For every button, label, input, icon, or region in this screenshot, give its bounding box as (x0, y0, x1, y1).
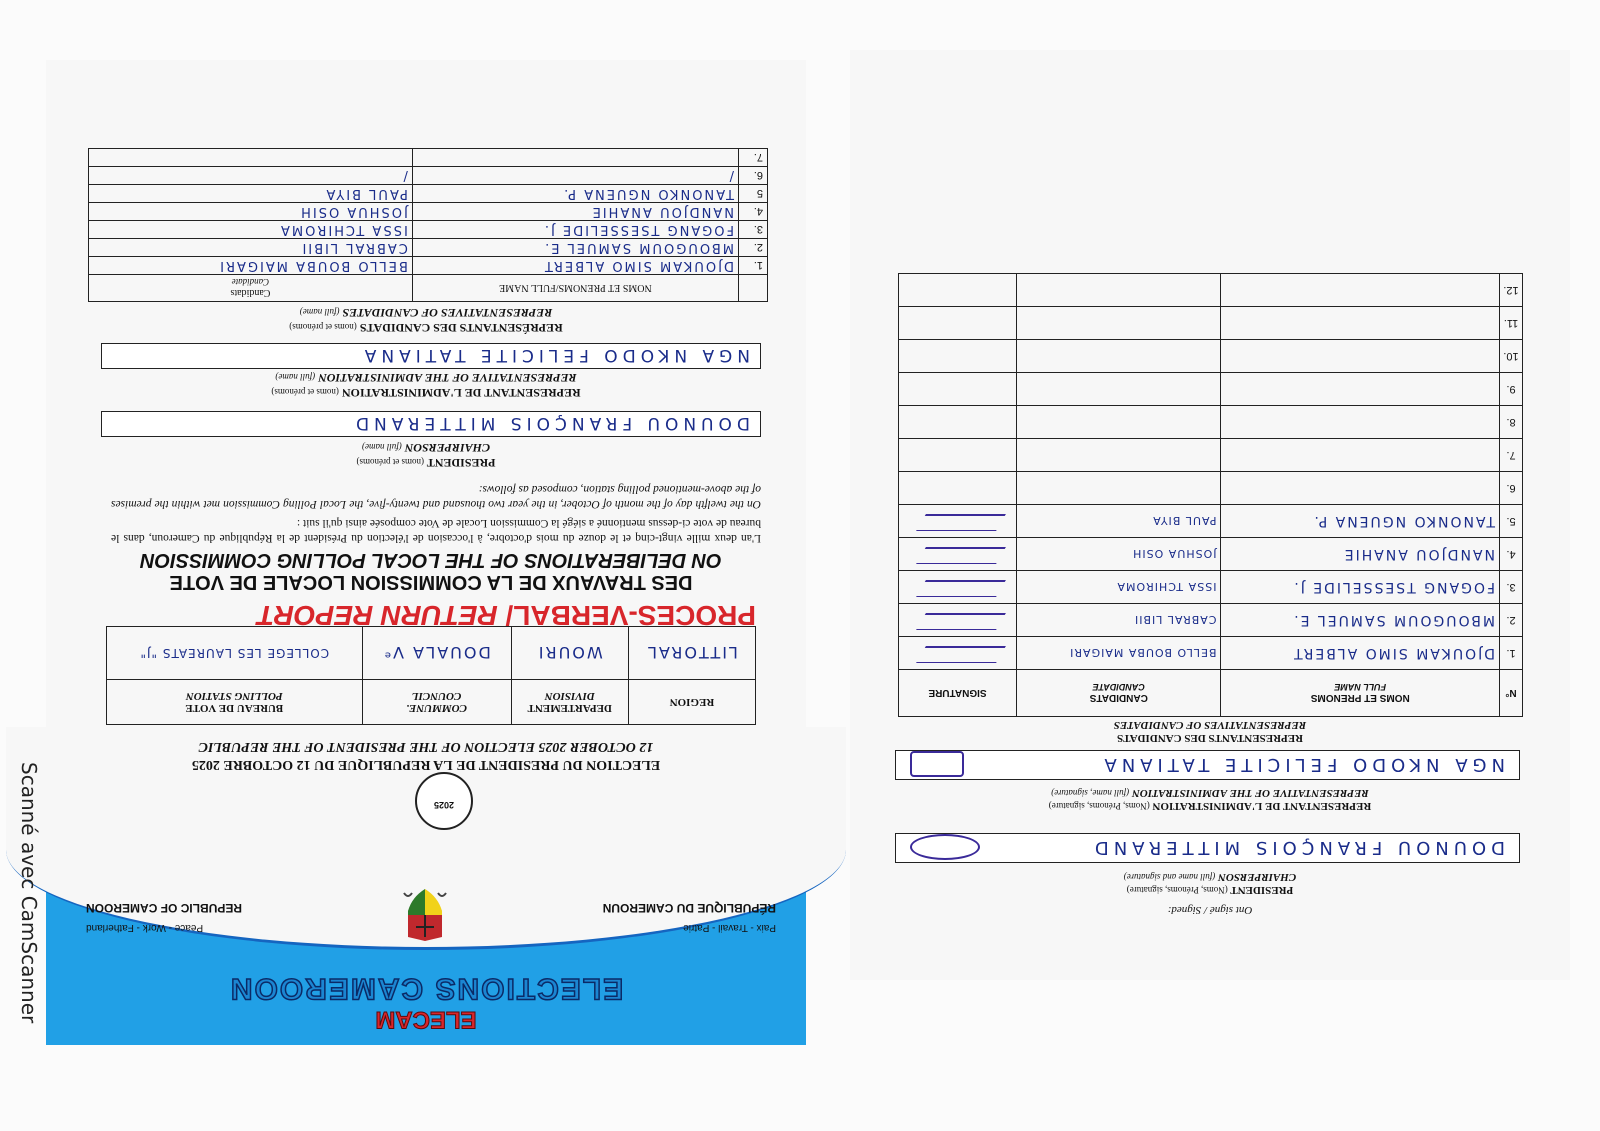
report-title: PROCES-VERBAL/ RETURN REPORT (106, 599, 756, 631)
table-row: 9. (899, 373, 1523, 406)
candidate-name: ISSA TCHIROMA (1017, 571, 1221, 604)
rep-name: DJOUKAM SIMO ALBERT (412, 257, 738, 275)
signature-cell (899, 538, 1017, 571)
rep-name (1221, 373, 1500, 406)
table-row: 12. (899, 274, 1523, 307)
candidate-name (1017, 439, 1221, 472)
table-row: 2.MBOUGOUM SAMUEL E.CABRAL LIBII (89, 239, 768, 257)
signature-mark-icon (910, 751, 964, 777)
polling-station-value: COLLEGE LES LAUREATS "J" (107, 627, 363, 680)
elecam-seal-icon: 2025 (415, 772, 473, 830)
candidate-name (1017, 340, 1221, 373)
row-number: 8. (1500, 406, 1523, 439)
signature-cell (899, 307, 1017, 340)
col-full-name: NOMS ET PRENOMS/FULL NAME (412, 275, 738, 302)
signature-cell (899, 274, 1017, 307)
row-number: 2. (739, 239, 768, 257)
table-row: 6. (899, 472, 1523, 505)
candidate-reps-signature-table: N° NOMS ET PRENOMSFULL NAME CANDIDATSCAN… (898, 273, 1523, 717)
col-candidate: CANDIDATSCANDIDATE (1017, 670, 1221, 717)
col-candidate: CandidatsCandidate (89, 275, 413, 302)
header-council: COMMUNE.COUNCIL (362, 680, 511, 725)
candidate-name: JOSHUA OSIH (89, 203, 413, 221)
col-no (739, 275, 768, 302)
admin-rep-sign-field: NGA NKODO FELICITE TATIANA (895, 750, 1520, 780)
rep-name (1221, 340, 1500, 373)
rep-name: MBOUGOUM SAMUEL E. (412, 239, 738, 257)
header-division: DEPARTEMENTDIVISION (511, 680, 628, 725)
rep-name (412, 149, 738, 167)
rep-name (1221, 307, 1500, 340)
table-row: 4.NANDJOU ANAHIEJOSHUA OSIH (899, 538, 1523, 571)
candidate-reps-table-left: NOMS ET PRENOMS/FULL NAME CandidatsCandi… (88, 148, 768, 302)
rep-name: FOGANG TSESSELIDE J. (1221, 571, 1500, 604)
row-number: 5 (739, 185, 768, 203)
candidate-name: BELLO BOUBA MAIGARI (1017, 637, 1221, 670)
table-row: 6.// (89, 167, 768, 185)
row-number: 7. (739, 149, 768, 167)
candidate-name: BELLO BOUBA MAIGARI (89, 257, 413, 275)
row-number: 7. (1500, 439, 1523, 472)
header-title: ELECTIONS CAMEROON (46, 971, 806, 1005)
admin-rep-label: REPRESENTANT DE L'ADMINISTRATION (noms e… (46, 370, 806, 400)
table-row: 8. (899, 406, 1523, 439)
country-en: REPUBLIC OF CAMEROON (86, 901, 242, 915)
admin-rep-name-field: NGA NKODO FELICITE TATIANA (101, 343, 761, 369)
table-row: 1.DJOUKAM SIMO ALBERTBELLO BOUBA MAIGARI (899, 637, 1523, 670)
rep-name: NANDJOU ANAHIE (1221, 538, 1500, 571)
rep-name: FOGANG TSESSELIDE J. (412, 221, 738, 239)
row-number: 3. (739, 221, 768, 239)
president-sign-label: PRESIDENT (Noms, Prénoms, signature) CHA… (850, 870, 1570, 896)
col-no: N° (1500, 670, 1523, 717)
signed-label: Ont signé / Signed: (850, 904, 1570, 916)
signature-cell (899, 439, 1017, 472)
signature-cell (899, 637, 1017, 670)
president-name-field: DOUNOU FRANÇOIS MITTERAND (101, 411, 761, 437)
table-row: 5TANONKO NGUENA P.PAUL BIYA (89, 185, 768, 203)
table-row: 3.FOGANG TSESSELIDE J.ISSA TCHIROMA (899, 571, 1523, 604)
signature-cell (899, 340, 1017, 373)
elecam-header: ELECAM ELECTIONS CAMEROON Paix - Travail… (46, 840, 806, 1045)
candidate-name: PAUL BIYA (1017, 505, 1221, 538)
candidate-name (1017, 373, 1221, 406)
left-page: ELECAM ELECTIONS CAMEROON Paix - Travail… (46, 60, 806, 1045)
table-row: 11. (899, 307, 1523, 340)
candidate-name: JOSHUA OSIH (1017, 538, 1221, 571)
row-number: 3. (1500, 571, 1523, 604)
table-row: 4.NANDJOU ANAHIEJOSHUA OSIH (89, 203, 768, 221)
table-row: 10. (899, 340, 1523, 373)
candidate-reps-label: REPRÉSENTANTS DES CANDIDATS (noms et pré… (46, 305, 806, 335)
country-fr: RÉPUBLIQUE DU CAMEROUN (603, 901, 776, 915)
candidate-name: PAUL BIYA (89, 185, 413, 203)
row-number: 11. (1500, 307, 1523, 340)
signature-cell (899, 406, 1017, 439)
right-page: Ont signé / Signed: PRESIDENT (Noms, Pré… (850, 50, 1570, 980)
motto-fr: Paix - Travail - Patrie (683, 922, 776, 933)
rep-name (1221, 439, 1500, 472)
table-row: 7. (899, 439, 1523, 472)
election-title: ELECTION DU PRESIDENT DE LA REPUBLIQUE D… (106, 737, 746, 773)
row-number: 9. (1500, 373, 1523, 406)
row-number: 2. (1500, 604, 1523, 637)
admin-rep-sign-label: REPRESENTANT DE L'ADMINISTRATION (Noms, … (850, 786, 1570, 812)
row-number: 1. (739, 257, 768, 275)
candidate-reps-sign-label: REPRESENTANTS DES CANDIDATS REPRESENTATI… (850, 718, 1570, 744)
division-value: WOURI (511, 627, 628, 680)
row-number: 10. (1500, 340, 1523, 373)
row-number: 12. (1500, 274, 1523, 307)
president-sign-field: DOUNOU FRANÇOIS MITTERAND (895, 833, 1520, 863)
candidate-name: CABRAL LIBII (89, 239, 413, 257)
table-row: 1.DJOUKAM SIMO ALBERTBELLO BOUBA MAIGARI (89, 257, 768, 275)
row-number: 6. (1500, 472, 1523, 505)
candidate-name (1017, 406, 1221, 439)
rep-name (1221, 274, 1500, 307)
signature-scribble-icon (916, 613, 1006, 630)
coat-of-arms-icon (402, 885, 448, 945)
row-number: 4. (739, 203, 768, 221)
col-signature: SIGNATURE (899, 670, 1017, 717)
rep-name (1221, 472, 1500, 505)
header-subtitle: ELECAM (46, 1005, 806, 1033)
table-row: 5.TANONKO NGUENA P.PAUL BIYA (899, 505, 1523, 538)
rep-name: NANDJOU ANAHIE (412, 203, 738, 221)
candidate-name (1017, 274, 1221, 307)
header-region: REGION (628, 680, 755, 725)
table-row: 7. (89, 149, 768, 167)
report-subtitle: DES TRAVAUX DE LA COMMISSION LOCALE DE V… (116, 549, 746, 593)
rep-name: DJOUKAM SIMO ALBERT (1221, 637, 1500, 670)
signature-mark-icon (910, 834, 980, 860)
council-value: DOUALA Vᵉ (362, 627, 511, 680)
candidate-name (1017, 307, 1221, 340)
signature-cell (899, 505, 1017, 538)
col-full-name: NOMS ET PRENOMSFULL NAME (1221, 670, 1500, 717)
signature-cell (899, 472, 1017, 505)
president-label: PRESIDENT (noms et prénoms) CHAIRPERSON … (46, 440, 806, 470)
candidate-name: ISSA TCHIROMA (89, 221, 413, 239)
camscanner-watermark: Scanné avec CamScanner (14, 765, 44, 1085)
motto-en: Peace - Work - Fatherland (86, 922, 203, 933)
candidate-name: CABRAL LIBII (1017, 604, 1221, 637)
row-number: 1. (1500, 637, 1523, 670)
candidate-name (1017, 472, 1221, 505)
rep-name: TANONKO NGUENA P. (412, 185, 738, 203)
intro-paragraph: L'an deux mille vingt-cinq et le douze d… (111, 481, 761, 545)
signature-scribble-icon (916, 547, 1006, 564)
signature-scribble-icon (916, 514, 1006, 531)
region-value: LITTORAL (628, 627, 755, 680)
location-table: REGION DEPARTEMENTDIVISION COMMUNE.COUNC… (106, 626, 756, 725)
row-number: 5. (1500, 505, 1523, 538)
row-number: 6. (739, 167, 768, 185)
candidate-name (89, 149, 413, 167)
rep-name: / (412, 167, 738, 185)
candidate-name: / (89, 167, 413, 185)
row-number: 4. (1500, 538, 1523, 571)
table-row: 3.FOGANG TSESSELIDE J.ISSA TCHIROMA (89, 221, 768, 239)
rep-name: MBOUGOUM SAMUEL E. (1221, 604, 1500, 637)
signature-scribble-icon (916, 646, 1006, 663)
rep-name (1221, 406, 1500, 439)
table-row: 2.MBOUGOUM SAMUEL E.CABRAL LIBII (899, 604, 1523, 637)
signature-cell (899, 373, 1017, 406)
signature-scribble-icon (916, 580, 1006, 597)
signature-cell (899, 604, 1017, 637)
header-polling-station: BUREAU DE VOTEPOLLING STATION (107, 680, 363, 725)
signature-cell (899, 571, 1017, 604)
rep-name: TANONKO NGUENA P. (1221, 505, 1500, 538)
